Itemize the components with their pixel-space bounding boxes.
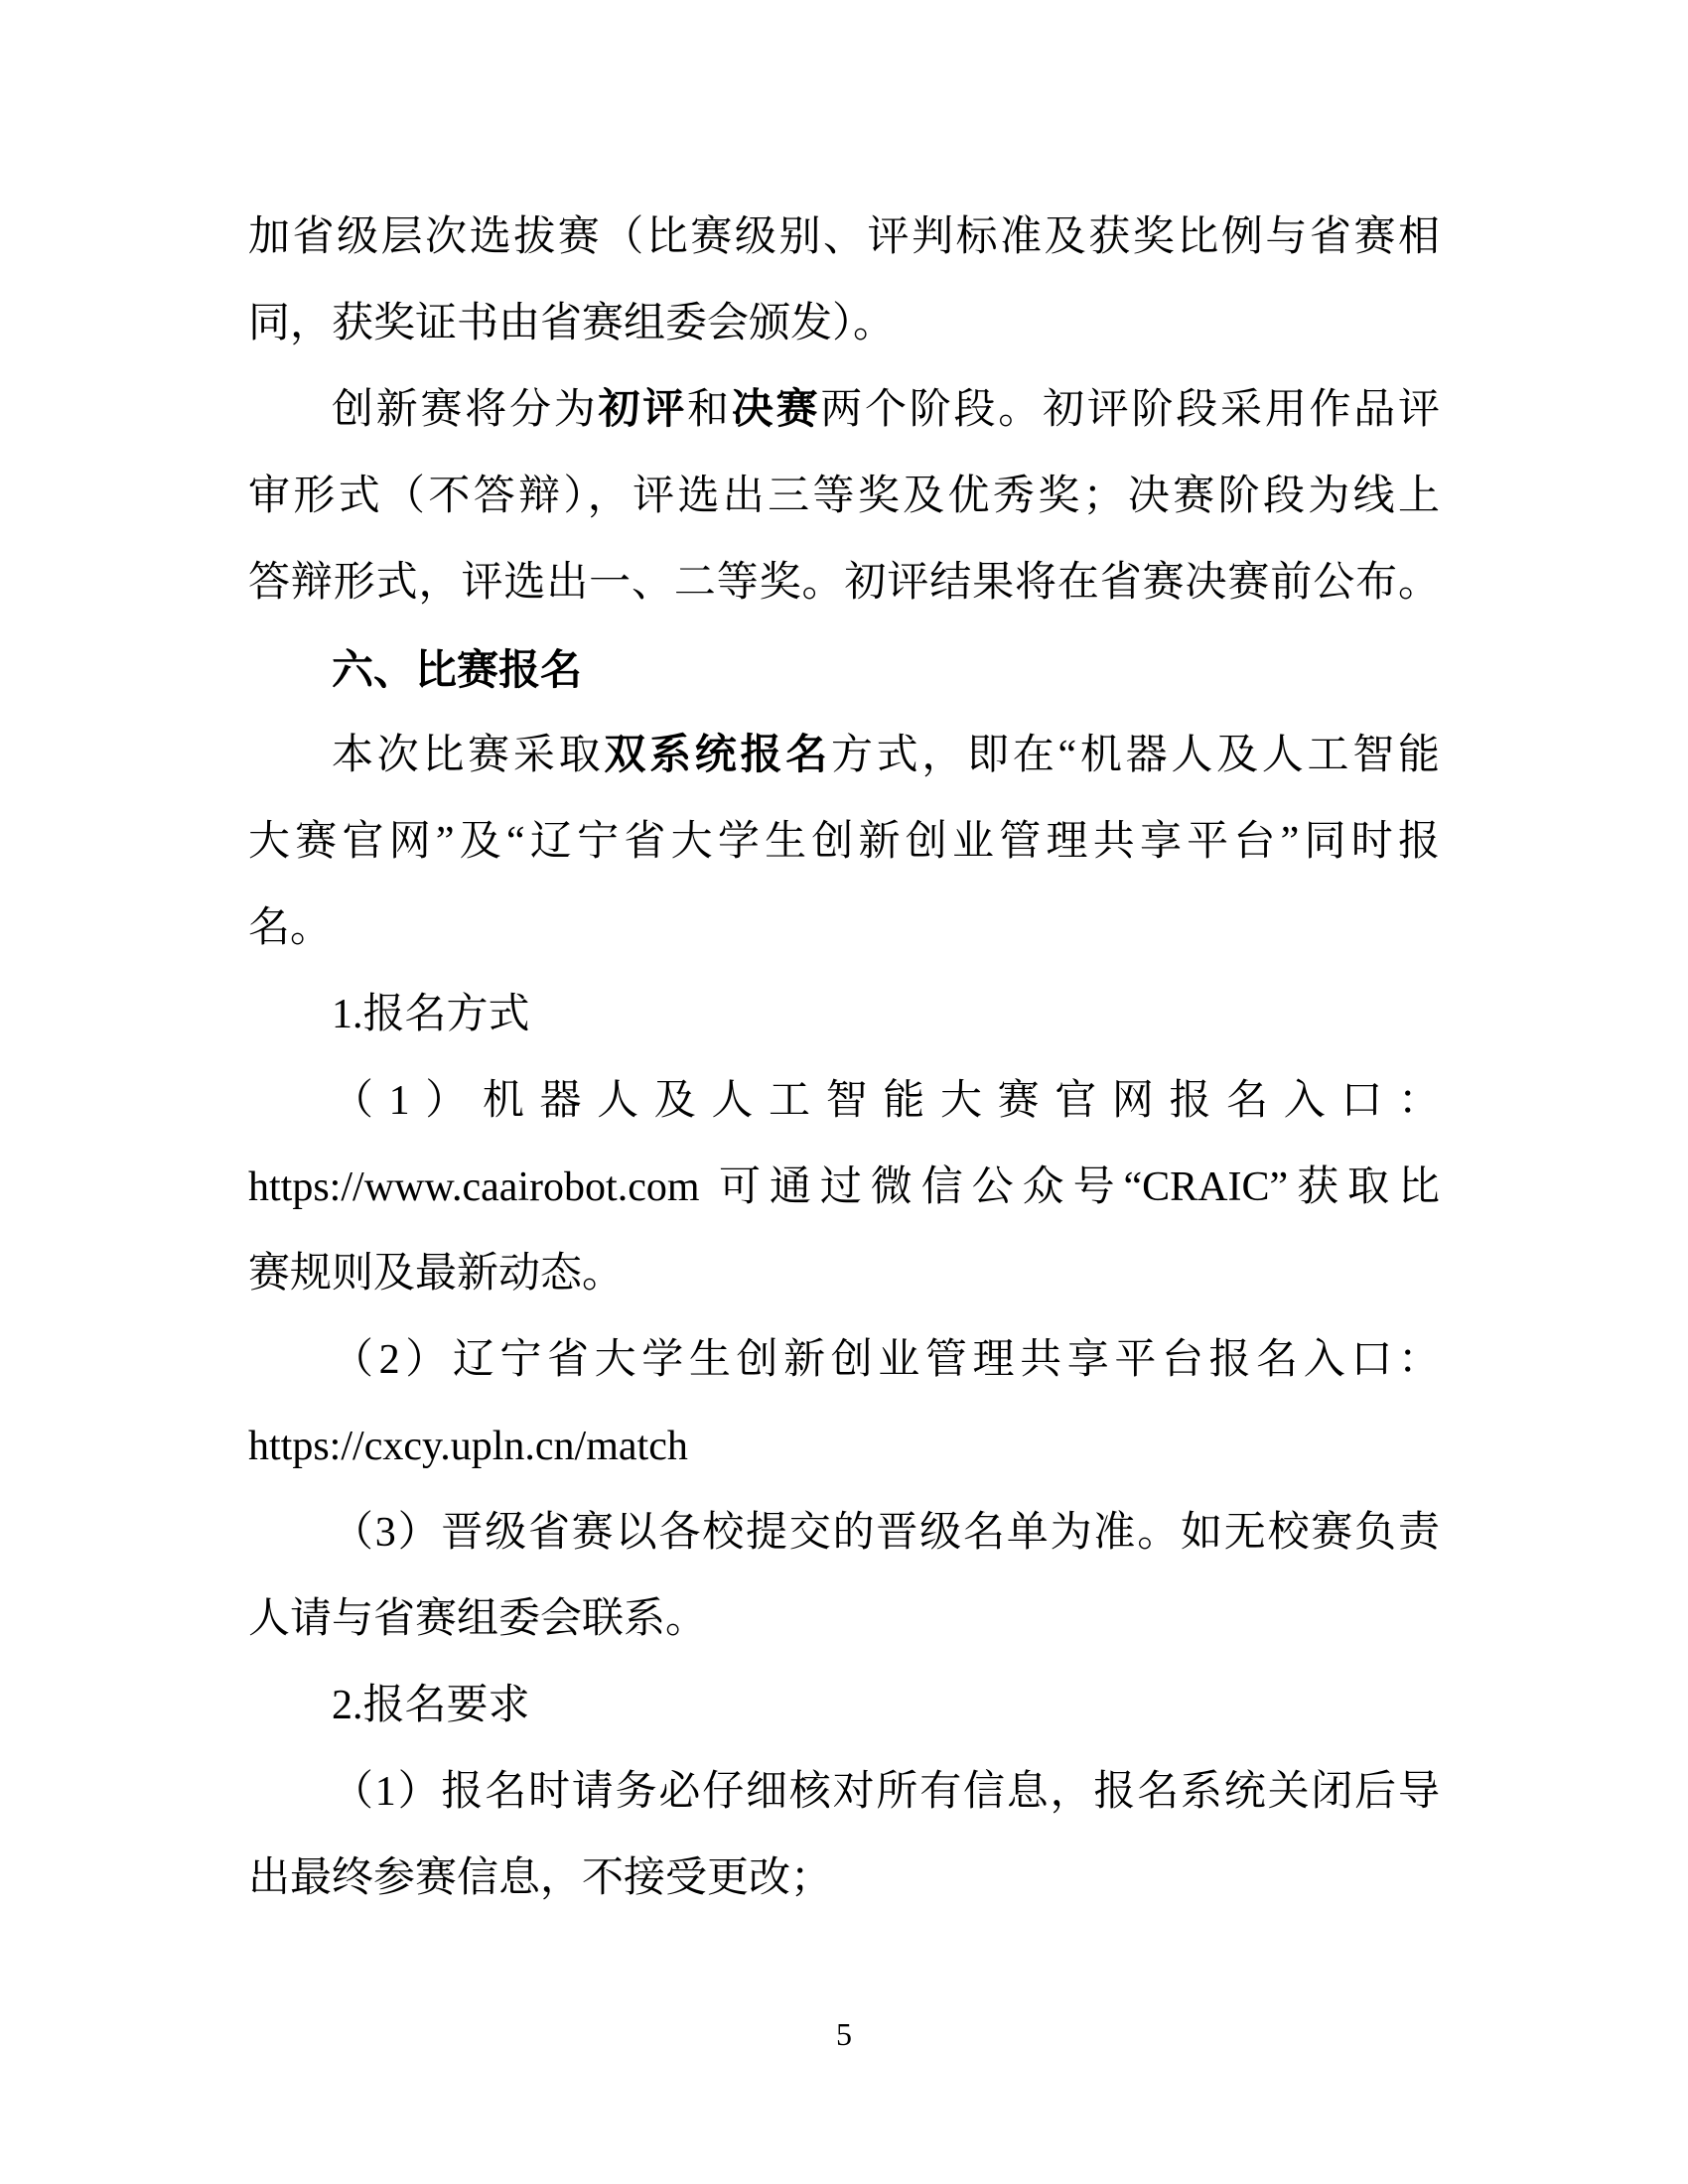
text-segment: 1.报名方式 (332, 992, 530, 1037)
text-line: 同，获奖证书由省赛组委会颁发）。 (248, 281, 1440, 367)
emphasis-text: 双系统报名 (604, 733, 831, 778)
text-line: 2.报名要求 (248, 1663, 1440, 1749)
text-line: https://www.caairobot.com 可通过微信公众号“CRAIC… (248, 1145, 1440, 1231)
text-line: 大赛官网”及“辽宁省大学生创新创业管理共享平台”同时报 (248, 799, 1440, 886)
text-segment: 名。 (248, 905, 332, 951)
text-line: https://cxcy.upln.cn/match (248, 1404, 1440, 1490)
section-heading: 六、比赛报名 (248, 626, 1440, 713)
emphasis-text: 六、比赛报名 (332, 646, 582, 693)
text-line: 创新赛将分为初评和决赛两个阶段。初评阶段采用作品评 (248, 367, 1440, 454)
text-segment: 大赛官网”及“辽宁省大学生创新创业管理共享平台”同时报 (248, 819, 1440, 865)
text-segment: （1）报名时请务必仔细核对所有信息，报名系统关闭后导 (332, 1769, 1440, 1815)
text-segment: 审形式（不答辩），评选出三等奖及优秀奖；决赛阶段为线上 (248, 474, 1440, 519)
document-page: 加省级层次选拔赛（比赛级别、评判标准及获奖比例与省赛相同，获奖证书由省赛组委会颁… (0, 0, 1688, 2184)
text-segment: https://www.caairobot.com 可通过微信公众号“CRAIC… (248, 1164, 1440, 1210)
text-segment: https://cxcy.upln.cn/match (248, 1424, 688, 1469)
text-line: 人请与省赛组委会联系。 (248, 1576, 1440, 1663)
text-segment: 人请与省赛组委会联系。 (248, 1596, 707, 1642)
text-line: （1）机器人及人工智能大赛官网报名入口： (248, 1058, 1440, 1145)
text-segment: 2.报名要求 (332, 1683, 530, 1728)
text-line: 审形式（不答辩），评选出三等奖及优秀奖；决赛阶段为线上 (248, 454, 1440, 540)
text-line: （3）晋级省赛以各校提交的晋级名单为准。如无校赛负责 (248, 1490, 1440, 1576)
text-line: 加省级层次选拔赛（比赛级别、评判标准及获奖比例与省赛相 (248, 195, 1440, 281)
text-segment: 赛规则及最新动态。 (248, 1251, 624, 1297)
text-segment: （3）晋级省赛以各校提交的晋级名单为准。如无校赛负责 (332, 1510, 1440, 1556)
text-line: 出最终参赛信息，不接受更改； (248, 1836, 1440, 1922)
emphasis-text: 初评 (598, 387, 687, 433)
text-segment: 两个阶段。初评阶段采用作品评 (820, 387, 1440, 433)
emphasis-text: 决赛 (732, 387, 821, 433)
text-segment: 同，获奖证书由省赛组委会颁发）。 (248, 301, 895, 346)
page-number: 5 (0, 2010, 1688, 2058)
text-line: 1.报名方式 (248, 972, 1440, 1058)
text-line: 赛规则及最新动态。 (248, 1231, 1440, 1317)
text-segment: 出最终参赛信息，不接受更改； (248, 1855, 832, 1901)
text-line: 本次比赛采取双系统报名方式，即在“机器人及人工智能 (248, 713, 1440, 799)
document-body: 加省级层次选拔赛（比赛级别、评判标准及获奖比例与省赛相同，获奖证书由省赛组委会颁… (248, 195, 1440, 1922)
text-segment: 本次比赛采取 (332, 733, 604, 778)
text-segment: 方式，即在“机器人及人工智能 (831, 733, 1440, 778)
text-segment: （2）辽宁省大学生创新创业管理共享平台报名入口： (332, 1337, 1440, 1383)
text-segment: （1）机器人及人工智能大赛官网报名入口： (332, 1078, 1440, 1124)
text-segment: 加省级层次选拔赛（比赛级别、评判标准及获奖比例与省赛相 (248, 214, 1440, 260)
text-line: （2）辽宁省大学生创新创业管理共享平台报名入口： (248, 1317, 1440, 1404)
text-line: 名。 (248, 886, 1440, 972)
text-line: 答辩形式，评选出一、二等奖。初评结果将在省赛决赛前公布。 (248, 540, 1440, 626)
text-segment: 创新赛将分为 (332, 387, 598, 433)
text-segment: 答辩形式，评选出一、二等奖。初评结果将在省赛决赛前公布。 (248, 560, 1440, 606)
text-segment: 和 (687, 387, 732, 433)
text-line: （1）报名时请务必仔细核对所有信息，报名系统关闭后导 (248, 1749, 1440, 1836)
